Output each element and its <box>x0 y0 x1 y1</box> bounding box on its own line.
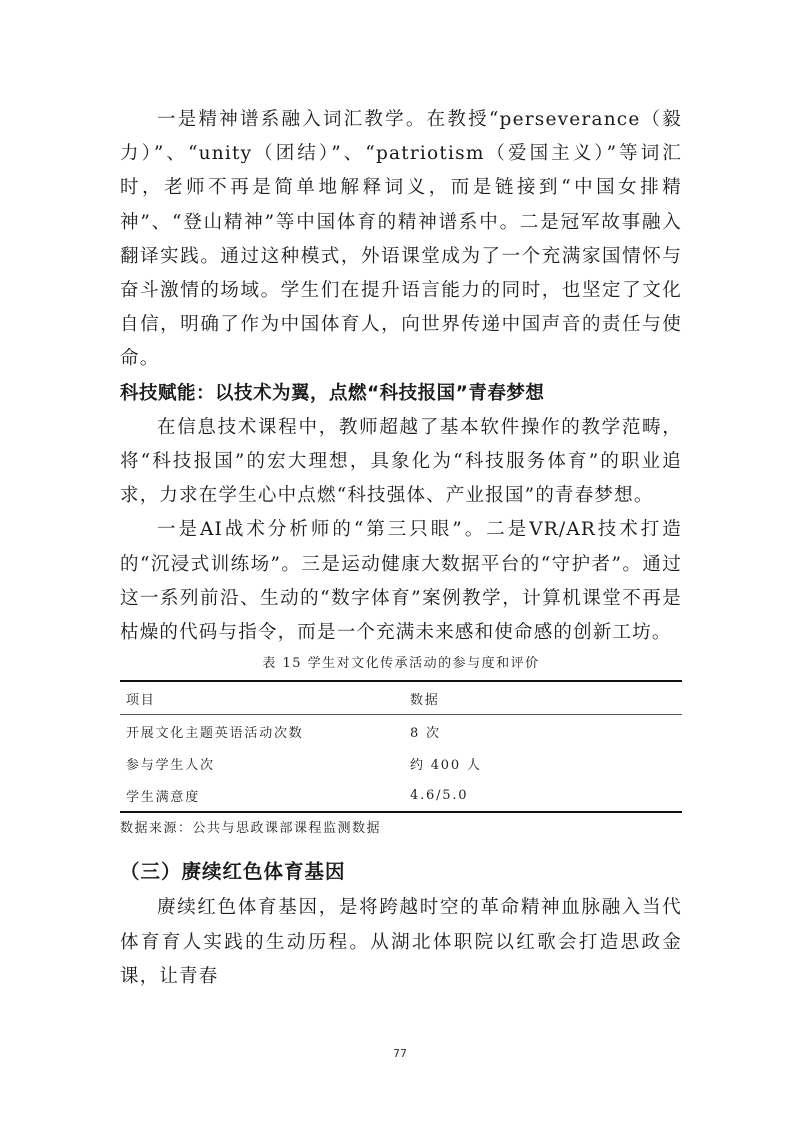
table-row: 学生满意度 4.6/5.0 <box>120 779 682 812</box>
column-header: 数据 <box>404 681 682 715</box>
body-paragraph: 在信息技术课程中，教师超越了基本软件操作的教学范畴，将“科技报国”的宏大理想，具… <box>120 411 682 514</box>
data-table: 项目 数据 开展文化主题英语活动次数 8 次 参与学生人次 约 400 人 学生… <box>120 680 682 813</box>
body-paragraph: 赓续红色体育基因，是将跨越时空的革命精神血脉融入当代体育育人实践的生动历程。从湖… <box>120 891 682 994</box>
body-paragraph: 一是精神谱系融入词汇教学。在教授“perseverance（毅力）”、“unit… <box>120 103 682 377</box>
table-cell: 8 次 <box>404 715 682 748</box>
subheading: 科技赋能：以技术为翼，点燃“科技报国”青春梦想 <box>120 377 682 411</box>
table-row: 开展文化主题英语活动次数 8 次 <box>120 715 682 748</box>
table-cell: 参与学生人次 <box>120 747 404 779</box>
table-cell: 学生满意度 <box>120 779 404 812</box>
table-header-row: 项目 数据 <box>120 681 682 715</box>
table-caption: 表 15 学生对文化传承活动的参与度和评价 <box>120 654 682 674</box>
table-row: 参与学生人次 约 400 人 <box>120 747 682 779</box>
table-source-note: 数据来源：公共与思政课部课程监测数据 <box>120 819 682 839</box>
column-header: 项目 <box>120 681 404 715</box>
table-cell: 4.6/5.0 <box>404 779 682 812</box>
document-page: 一是精神谱系融入词汇教学。在教授“perseverance（毅力）”、“unit… <box>120 103 682 994</box>
page-number: 77 <box>0 1047 800 1060</box>
table-cell: 约 400 人 <box>404 747 682 779</box>
table-cell: 开展文化主题英语活动次数 <box>120 715 404 748</box>
section-heading: （三）赓续红色体育基因 <box>120 855 682 889</box>
body-paragraph: 一是AI战术分析师的“第三只眼”。二是VR/AR技术打造的“沉浸式训练场”。三是… <box>120 513 682 650</box>
